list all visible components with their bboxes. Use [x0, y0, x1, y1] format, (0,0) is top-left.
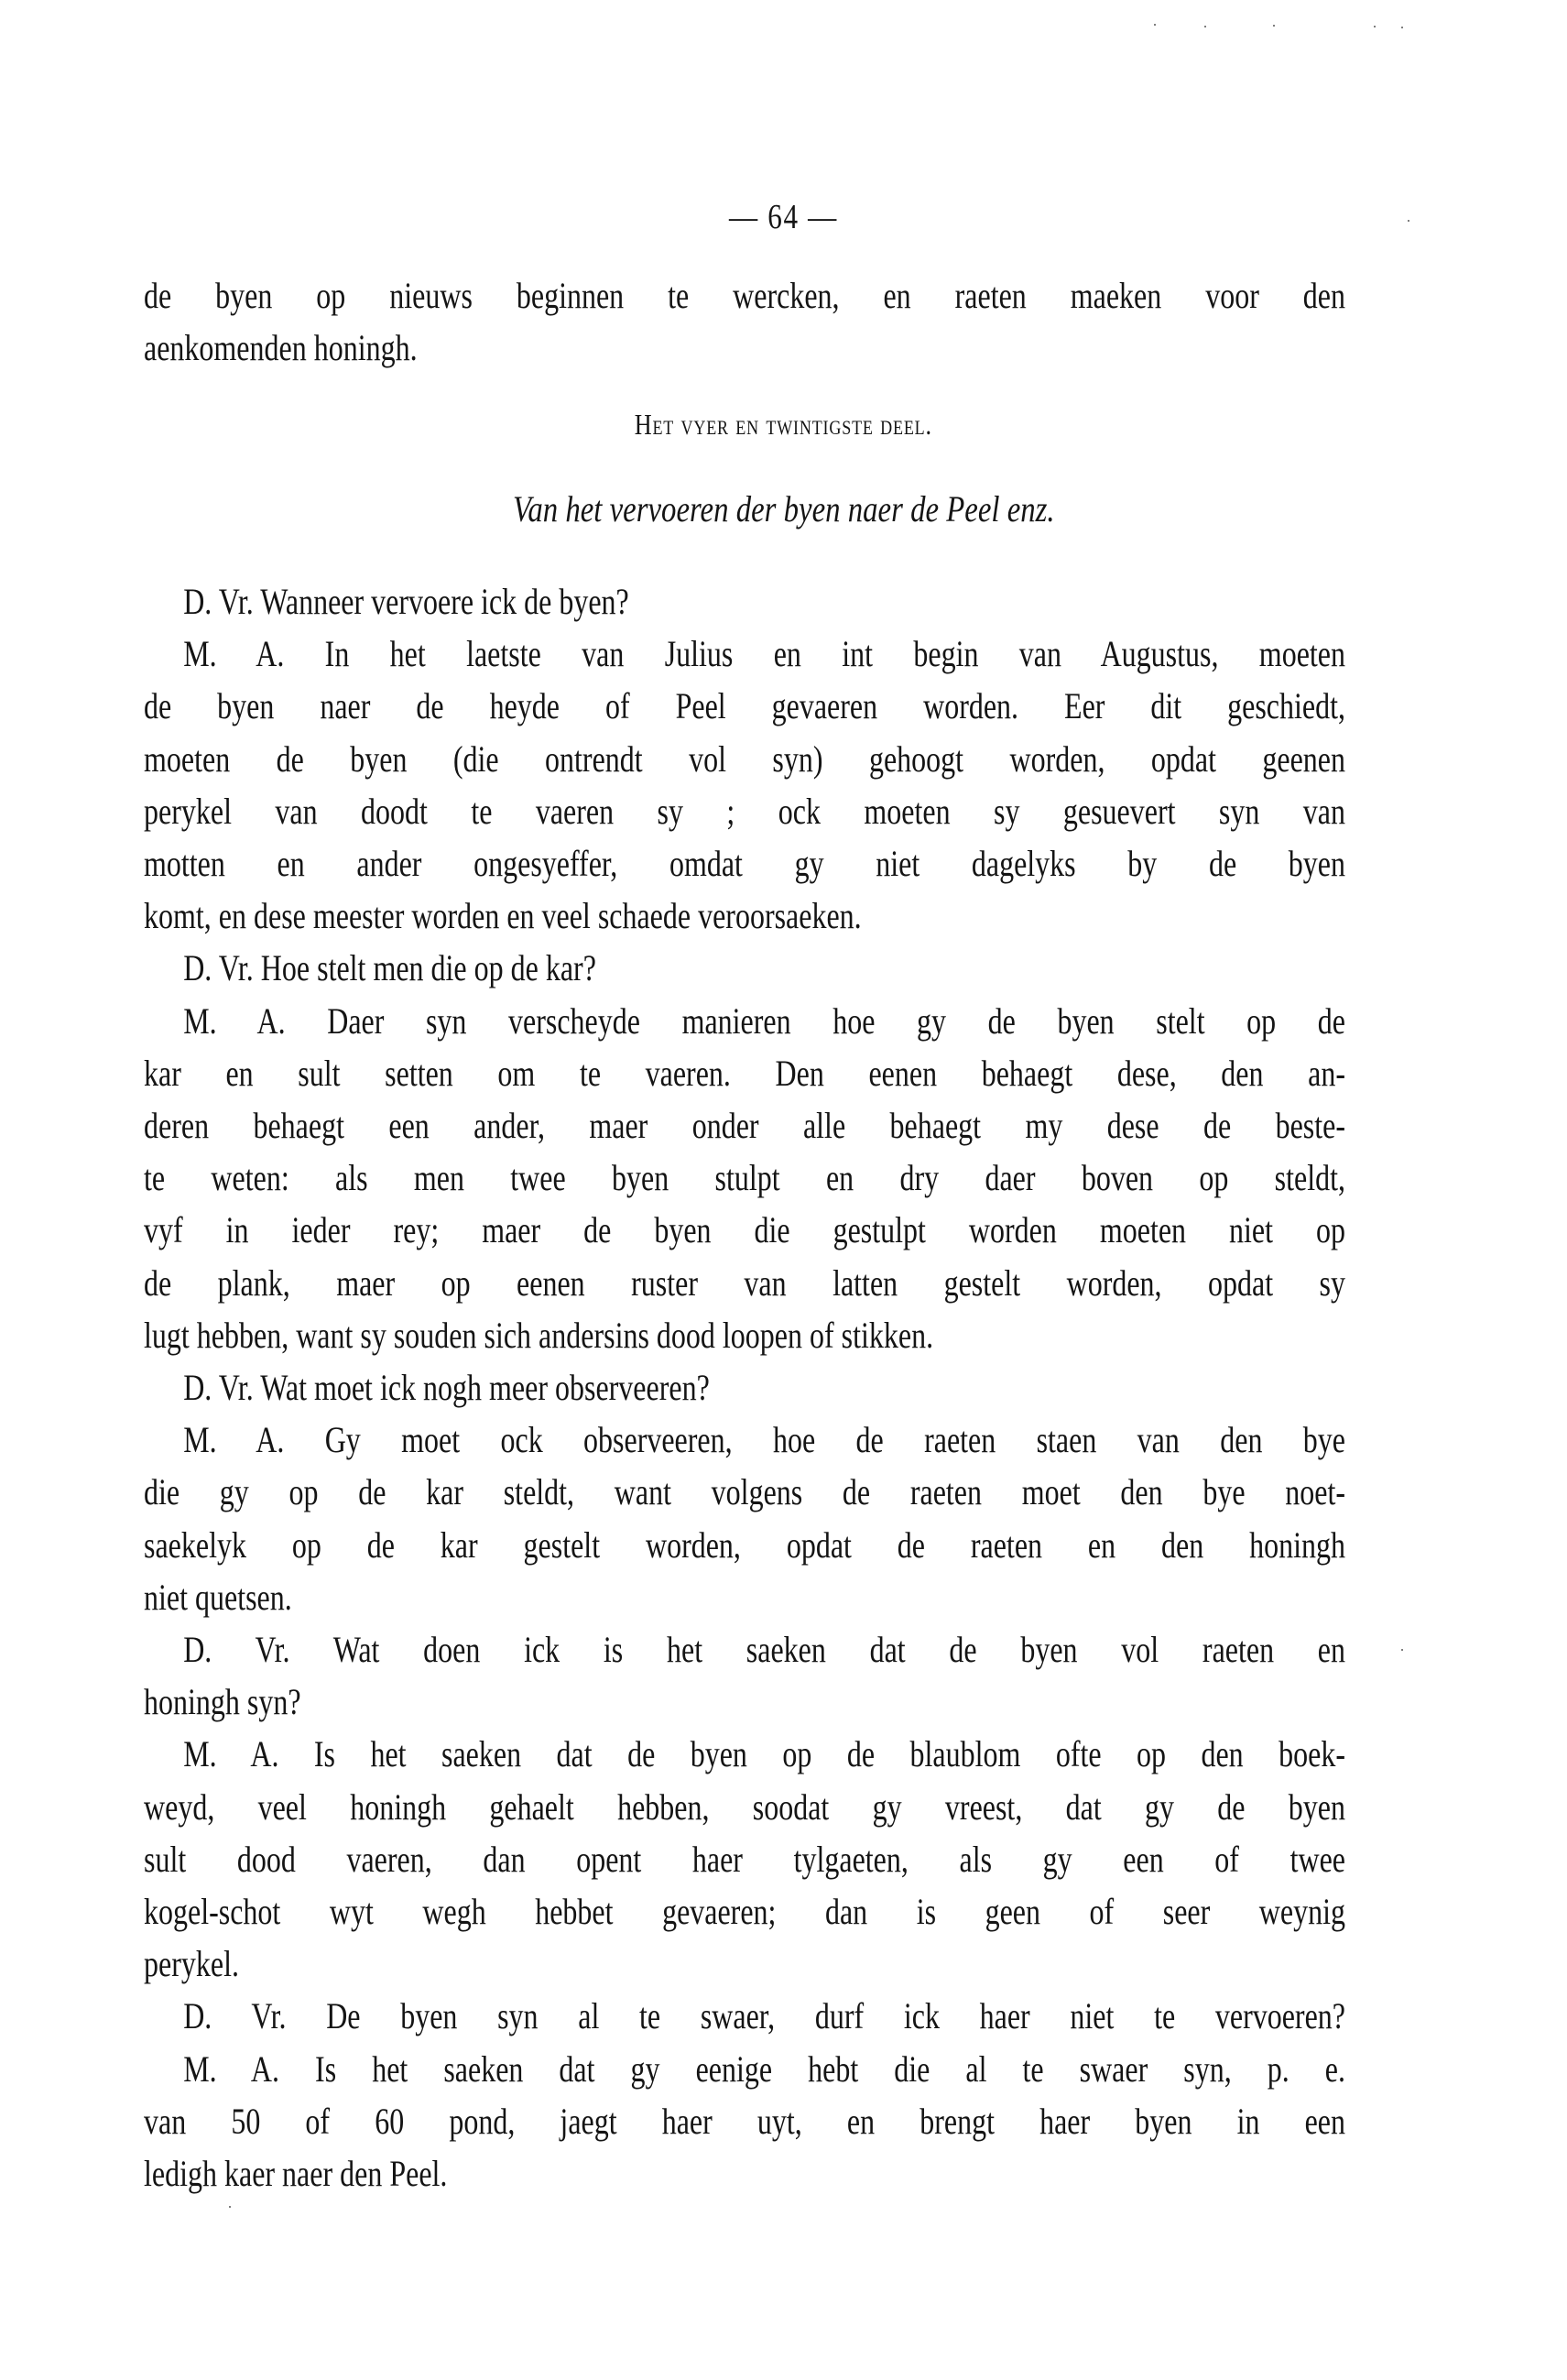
text-line: de byen naer de heyde of Peel gevaeren w… — [144, 680, 1345, 732]
dialogue-line-start: D. Vr. Hoe stelt men die op de kar? — [183, 942, 1345, 994]
text-line: sult dood vaeren, dan opent haer tylgaet… — [144, 1833, 1345, 1885]
text-line: motten en ander ongesyeffer, omdat gy ni… — [144, 837, 1345, 890]
scan-speck — [1374, 26, 1376, 27]
chapter-heading: Het vyer en twintigste deel. — [0, 403, 1567, 445]
text-line: weyd, veel honingh gehaelt hebben, sooda… — [144, 1781, 1345, 1833]
scan-speck — [1408, 220, 1409, 222]
dialogue-line-start: M. A. Is het saeken dat de byen op de bl… — [183, 1728, 1345, 1780]
text-line: lugt hebben, want sy souden sich andersi… — [144, 1309, 1345, 1361]
page-number-text: — 64 — — [729, 194, 838, 240]
dialogue-line-start: D. Vr. Wat moet ick nogh meer observeere… — [183, 1361, 1345, 1414]
chapter-subtitle: Van het vervoeren der byen naer de Peel … — [0, 486, 1567, 533]
text-line: moeten de byen (die ontrendt vol syn) ge… — [144, 733, 1345, 785]
text-line: ledigh kaer naer den Peel. — [144, 2147, 1345, 2200]
scan-speck — [229, 2206, 231, 2208]
scan-speck — [1154, 24, 1156, 26]
scan-speck — [1401, 1649, 1403, 1651]
text-line: saekelyk op de kar gestelt worden, opdat… — [144, 1519, 1345, 1571]
text-line: honingh syn? — [144, 1676, 1345, 1728]
text-line: kogel-schot wyt wegh hebbet gevaeren; da… — [144, 1885, 1345, 1938]
dialogue-line-start: M. A. In het laetste van Julius en int b… — [183, 628, 1345, 680]
chapter-heading-text: Het vyer en twintigste deel. — [635, 403, 932, 445]
dialogue-line-start: M. A. Gy moet ock observeeren, hoe de ra… — [183, 1414, 1345, 1466]
scan-speck — [1273, 25, 1275, 27]
dialogue-line-start: M. A. Daer syn verscheyde manieren hoe g… — [183, 995, 1345, 1047]
text-line: perykel van doodt te vaeren sy ; ock moe… — [144, 785, 1345, 837]
dialogue-line-start: D. Vr. Wat doen ick is het saeken dat de… — [183, 1623, 1345, 1676]
scan-speck — [1204, 26, 1206, 27]
scan-speck — [1401, 27, 1403, 28]
text-line: de plank, maer op eenen ruster van latte… — [144, 1257, 1345, 1309]
text-line: vyf in ieder rey; maer de byen die gestu… — [144, 1204, 1345, 1256]
text-line: perykel. — [144, 1938, 1345, 1990]
chapter-subtitle-text: Van het vervoeren der byen naer de Peel … — [513, 486, 1055, 533]
text-line: aenkomenden honingh. — [144, 322, 1345, 374]
text-line: kar en sult setten om te vaeren. Den een… — [144, 1047, 1345, 1099]
text-line: te weten: als men twee byen stulpt en dr… — [144, 1152, 1345, 1204]
page-number: — 64 — — [0, 194, 1567, 240]
text-line: deren behaegt een ander, maer onder alle… — [144, 1099, 1345, 1152]
text-line: de byen op nieuws beginnen te wercken, e… — [144, 269, 1345, 322]
dialogue-line-start: M. A. Is het saeken dat gy eenige hebt d… — [183, 2043, 1345, 2095]
text-line: van 50 of 60 pond, jaegt haer uyt, en br… — [144, 2095, 1345, 2147]
dialogue-line-start: D. Vr. De byen syn al te swaer, durf ick… — [183, 1990, 1345, 2042]
text-line: die gy op de kar steldt, want volgens de… — [144, 1466, 1345, 1518]
dialogue-line-start: D. Vr. Wanneer vervoere ick de byen? — [183, 575, 1345, 628]
book-page: — 64 — Het vyer en twintigste deel. Van … — [0, 0, 1567, 2380]
text-line: niet quetsen. — [144, 1571, 1345, 1623]
text-line: komt, en dese meester worden en veel sch… — [144, 890, 1345, 942]
